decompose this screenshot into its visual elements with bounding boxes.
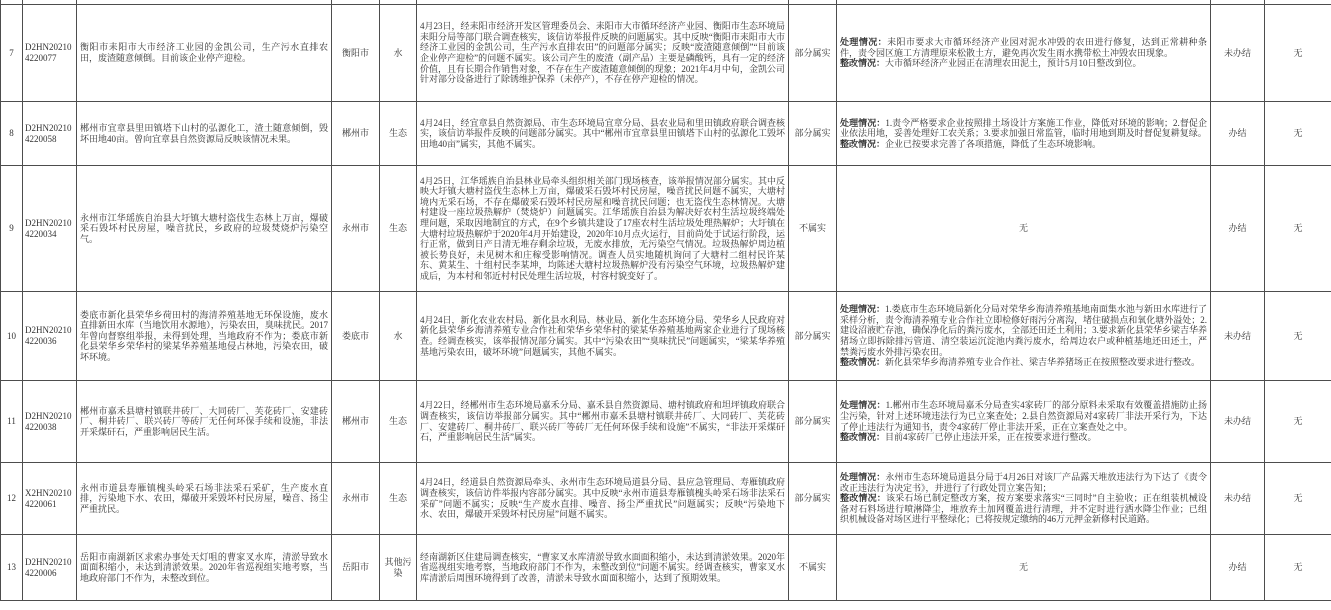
handling-cell: 无 [837,166,1211,292]
case-id-cell: D2HN202104220077 [23,5,77,102]
case-id-cell: D2HN202104220036 [23,292,77,381]
accountability-cell: 无 [1265,463,1331,535]
handling-text: 永州市生态环境局道县分局于4月26日对该厂产品露天堆放违法行为下达了《责令改正违… [840,472,1207,493]
table-row: 9D2HN202104220034永州市江华瑶族自治县大圩镇大塘村盗伐生态林上万… [1,166,1331,292]
case-id-cell: D2HN202104220006 [23,535,77,601]
row-number-cell: 9 [1,166,23,292]
status-cell: 办结 [1211,102,1265,166]
verify-result-cell: 不属实 [789,535,837,601]
verify-result-cell: 部分属实 [789,381,837,463]
pollution-type-cell: 水 [380,292,417,381]
handling-cell: 处理情况：1.责令严格要求企业按照排土场设计方案施工作业，降低对环境的影响；2.… [837,102,1211,166]
complaint-cell: 郴州市嘉禾县塘村镇联井砖厂、大同砖厂、芙花砖厂、安建砖厂、桐井砖厂、联兴砖厂等砖… [77,381,332,463]
investigation-cell: 4月24日，新化农业农村局、新化县水利局、林业局、新化生态环境分局、荣华乡人民政… [417,292,789,381]
status-cell: 未办结 [1211,292,1265,381]
verify-result-cell: 部分属实 [789,292,837,381]
row-number-cell: 11 [1,381,23,463]
pollution-type-cell: 生态 [380,166,417,292]
handling-paragraph: 处理情况：1.责令严格要求企业按照排土场设计方案施工作业，降低对环境的影响；2.… [840,118,1207,139]
accountability-cell: 无 [1265,535,1331,601]
investigation-cell: 经南湖新区住建局调查核实，“曹家叉水库清淤导致水面面积缩小，未达到清淤效果。20… [417,535,789,601]
status-cell: 办结 [1211,535,1265,601]
handling-label: 整改情况： [840,432,885,442]
handling-text: 1.郴州市生态环境局嘉禾分局查实4家砖厂的部分原料未采取有效覆盖措施防止扬尘污染… [840,400,1207,431]
handling-paragraph: 处理情况：耒阳市要求大市循环经济产业园对泥水冲毁的农田进行修复，达到正常耕种条件… [840,37,1207,58]
status-cell: 未办结 [1211,463,1265,535]
status-cell: 未办结 [1211,381,1265,463]
city-cell: 岳阳市 [332,535,380,601]
inspection-report-table-page: 7D2HN202104220077衡阳市耒阳市大市经济工业园的金凯公司，生产污水… [0,0,1331,610]
status-cell: 办结 [1211,166,1265,292]
accountability-cell: 无 [1265,381,1331,463]
handling-label: 处理情况： [840,472,885,482]
handling-label: 整改情况： [840,493,886,503]
investigation-cell: 4月24日，经道县自然资源局牵头、永州市生态环境局道县分局、县应急管理局、寿雁镇… [417,463,789,535]
complaint-handling-table: 7D2HN202104220077衡阳市耒阳市大市经济工业园的金凯公司，生产污水… [0,0,1331,601]
complaint-cell: 永州市道县寿雁镇槐头岭采石场非法采石采矿，生产废水直排，污染地下水、农田，爆破开… [77,463,332,535]
accountability-cell: 无 [1265,5,1331,102]
handling-text: 1.责令严格要求企业按照排土场设计方案施工作业，降低对环境的影响；2.督促企业依… [840,118,1207,139]
row-number-cell: 8 [1,102,23,166]
handling-paragraph: 处理情况：1.娄底市生态环境局新化分局对荣华乡海清养殖基地南面集水池与新田水库进… [840,304,1207,357]
handling-paragraph: 整改情况：该采石场已制定整改方案，按方案要求落实“三同时”自主验收；正在组装机械… [840,493,1207,525]
handling-cell: 处理情况：永州市生态环境局道县分局于4月26日对该厂产品露天堆放违法行为下达了《… [837,463,1211,535]
status-cell: 未办结 [1211,5,1265,102]
verify-result-cell: 部分属实 [789,5,837,102]
verify-result-cell: 部分属实 [789,463,837,535]
city-cell: 衡阳市 [332,5,380,102]
city-cell: 郴州市 [332,102,380,166]
pollution-type-cell: 生态 [380,381,417,463]
case-id-cell: D2HN202104220034 [23,166,77,292]
handling-paragraph: 整改情况：新化县荣华乡海清养殖专业合作社、梁吉华养猪场正在按照整改要求进行整改。 [840,357,1207,368]
row-number-cell: 13 [1,535,23,601]
handling-paragraph: 整改情况：大市循环经济产业园正在清理农田泥土，预计5月10日整改到位。 [840,58,1207,69]
case-id-cell: D2HN202104220038 [23,381,77,463]
pollution-type-cell: 其他污染 [380,535,417,601]
verify-result-cell: 部分属实 [789,102,837,166]
complaint-cell: 衡阳市耒阳市大市经济工业园的金凯公司，生产污水直排农田，废渣随意倾倒。目前该企业… [77,5,332,102]
handling-text: 大市循环经济产业园正在清理农田泥土，预计5月10日整改到位。 [885,58,1142,68]
row-number-cell: 12 [1,463,23,535]
handling-label: 整改情况： [840,357,885,367]
table-row: 8D2HN202104220058郴州市宜章县里田镇塔下山村的弘源化工，渣土随意… [1,102,1331,166]
city-cell: 娄底市 [332,292,380,381]
handling-cell: 无 [837,535,1211,601]
handling-label: 处理情况： [840,118,885,128]
handling-cell: 处理情况：1.郴州市生态环境局嘉禾分局查实4家砖厂的部分原料未采取有效覆盖措施防… [837,381,1211,463]
city-cell: 永州市 [332,463,380,535]
row-number-cell: 7 [1,5,23,102]
handling-paragraph: 处理情况：1.郴州市生态环境局嘉禾分局查实4家砖厂的部分原料未采取有效覆盖措施防… [840,400,1207,432]
investigation-cell: 4月25日，江华瑶族自治县林业局牵头组织相关部门现场核查，该举报情况部分属实。其… [417,166,789,292]
pollution-type-cell: 生态 [380,102,417,166]
handling-paragraph: 处理情况：永州市生态环境局道县分局于4月26日对该厂产品露天堆放违法行为下达了《… [840,472,1207,493]
table-row: 12X2HN202104220061永州市道县寿雁镇槐头岭采石场非法采石采矿，生… [1,463,1331,535]
investigation-cell: 4月24日，经宜章县自然资源局、市生态环境局宜章分局、县农业局和里田镇政府联合调… [417,102,789,166]
accountability-cell: 无 [1265,166,1331,292]
handling-cell: 处理情况：耒阳市要求大市循环经济产业园对泥水冲毁的农田进行修复，达到正常耕种条件… [837,5,1211,102]
verify-result-cell: 不属实 [789,166,837,292]
table-row: 7D2HN202104220077衡阳市耒阳市大市经济工业园的金凯公司，生产污水… [1,5,1331,102]
handling-label: 处理情况： [840,37,887,47]
row-number-cell: 10 [1,292,23,381]
complaint-cell: 娄底市新化县荣华乡荷田村的海清养殖基地无环保设施，废水直排新田水库（当地饮用水源… [77,292,332,381]
handling-text: 耒阳市要求大市循环经济产业园对泥水冲毁的农田进行修复，达到正常耕种条件，责令园区… [840,37,1207,58]
case-id-cell: X2HN202104220061 [23,463,77,535]
city-cell: 永州市 [332,166,380,292]
handling-text: 新化县荣华乡海清养殖专业合作社、梁吉华养猪场正在按照整改要求进行整改。 [885,357,1200,367]
city-cell: 郴州市 [332,381,380,463]
pollution-type-cell: 水 [380,5,417,102]
complaint-cell: 岳阳市南湖新区求索办事处天灯咀的曹家叉水库，清淤导致水面面积缩小，未达到清淤效果… [77,535,332,601]
handling-label: 处理情况： [840,304,885,314]
handling-text: 1.娄底市生态环境局新化分局对荣华乡海清养殖基地南面集水池与新田水库进行了采样分… [840,304,1207,356]
handling-label: 整改情况： [840,139,885,149]
handling-text: 该采石场已制定整改方案，按方案要求落实“三同时”自主验收；正在组装机械设备对石料… [840,493,1207,524]
case-id-cell: D2HN202104220058 [23,102,77,166]
complaint-cell: 郴州市宜章县里田镇塔下山村的弘源化工，渣土随意倾倒，毁坏田地40亩。曾向宜章县自… [77,102,332,166]
handling-text: 目前4家砖厂已停止违法开采，正在按要求进行整改。 [885,432,1097,442]
handling-paragraph: 整改情况：目前4家砖厂已停止违法开采，正在按要求进行整改。 [840,432,1207,443]
pollution-type-cell: 生态 [380,463,417,535]
investigation-cell: 4月23日，经耒阳市经济开发区管理委员会、耒阳市大市循环经济产业园、衡阳市生态环… [417,5,789,102]
handling-cell: 处理情况：1.娄底市生态环境局新化分局对荣华乡海清养殖基地南面集水池与新田水库进… [837,292,1211,381]
handling-text: 企业已按要求完善了各项措施，降低了生态环境影响。 [885,139,1101,149]
complaint-cell: 永州市江华瑶族自治县大圩镇大塘村盗伐生态林上万亩，爆破采石毁坏村民房屋，噪音扰民… [77,166,332,292]
table-row: 13D2HN202104220006岳阳市南湖新区求索办事处天灯咀的曹家叉水库，… [1,535,1331,601]
table-row: 11D2HN202104220038郴州市嘉禾县塘村镇联井砖厂、大同砖厂、芙花砖… [1,381,1331,463]
investigation-cell: 4月22日，经郴州市生态环境局嘉禾分局、嘉禾县自然资源局、塘村镇政府和坦坪镇政府… [417,381,789,463]
accountability-cell: 无 [1265,102,1331,166]
accountability-cell: 无 [1265,292,1331,381]
handling-label: 处理情况： [840,400,886,410]
table-row: 10D2HN202104220036娄底市新化县荣华乡荷田村的海清养殖基地无环保… [1,292,1331,381]
handling-paragraph: 整改情况：企业已按要求完善了各项措施，降低了生态环境影响。 [840,139,1207,150]
handling-label: 整改情况： [840,58,885,68]
